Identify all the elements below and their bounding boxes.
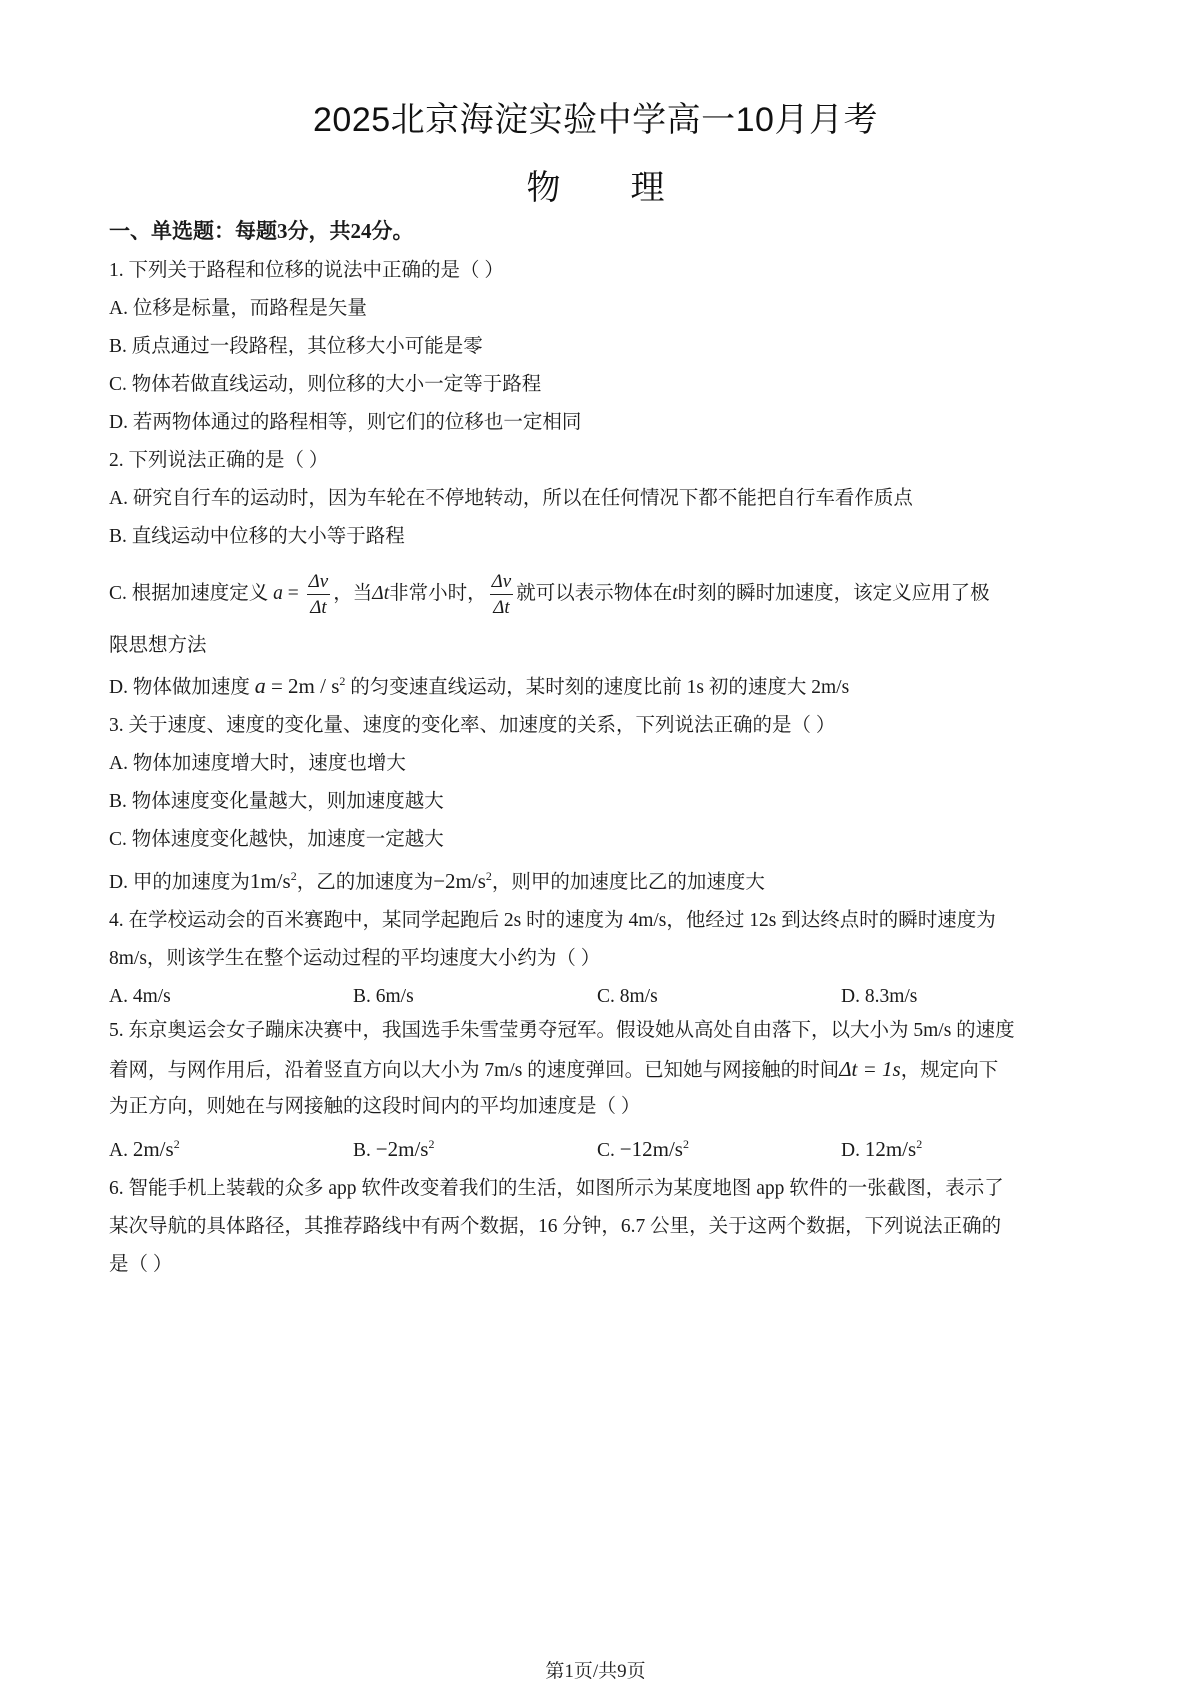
question-1-option-a: A. 位移是标量，而路程是矢量 (109, 295, 367, 323)
question-5-option-d: D. 12m/s2 (841, 1135, 922, 1165)
subject-char-1: 物 (527, 169, 561, 207)
exam-page: 2025北京海淀实验中学高一10月月考 物理 一、单选题：每题3分，共24分。 … (0, 0, 1191, 1684)
question-2-option-d: D. 物体做加速度 a = 2m / s2 的匀变速直线运动，某时刻的速度比前 … (109, 672, 849, 702)
question-3-option-a: A. 物体加速度增大时，速度也增大 (109, 750, 406, 778)
question-4-option-c: C. 8m/s (597, 983, 658, 1011)
document-title: 2025北京海淀实验中学高一10月月考 (0, 92, 1191, 141)
question-3-option-d: D. 甲的加速度为1m/s2，乙的加速度为−2m/s2，则甲的加速度比乙的加速度… (109, 867, 765, 897)
question-4-stem-line-1: 4. 在学校运动会的百米赛跑中，某同学起跑后 2s 时的速度为 4m/s，他经过… (109, 907, 996, 935)
page-indicator: 第1页/共9页 (0, 1656, 1191, 1683)
question-1-option-d: D. 若两物体通过的路程相等，则它们的位移也一定相同 (109, 409, 581, 437)
question-1-option-b: B. 质点通过一段路程，其位移大小可能是零 (109, 333, 483, 361)
question-5-stem-line-3: 为正方向，则她在与网接触的这段时间内的平均加速度是（ ） (109, 1093, 640, 1121)
question-6-stem-line-3: 是（ ） (109, 1251, 172, 1279)
question-4-option-b: B. 6m/s (353, 983, 414, 1011)
question-5-option-c: C. −12m/s2 (597, 1135, 689, 1165)
question-5-option-a: A. 2m/s2 (109, 1135, 180, 1165)
question-5-option-b: B. −2m/s2 (353, 1135, 434, 1165)
question-3-option-c: C. 物体速度变化越快，加速度一定越大 (109, 826, 444, 854)
question-6-stem-line-1: 6. 智能手机上装载的众多 app 软件改变着我们的生活，如图所示为某度地图 a… (109, 1175, 1004, 1203)
subject-title: 物理 (0, 160, 1191, 209)
question-2-option-a: A. 研究自行车的运动时，因为车轮在不停地转动，所以在任何情况下都不能把自行车看… (109, 485, 913, 513)
question-1-stem: 1. 下列关于路程和位移的说法中正确的是（ ） (109, 257, 504, 285)
question-3-stem: 3. 关于速度、速度的变化量、速度的变化率、加速度的关系，下列说法正确的是（ ） (109, 712, 835, 740)
fraction-dv-dt-2: ΔvΔt (490, 572, 514, 617)
question-4-option-a: A. 4m/s (109, 983, 171, 1011)
subject-char-2: 理 (631, 169, 665, 207)
question-4-stem-line-2: 8m/s，则该学生在整个运动过程的平均速度大小约为（ ） (109, 945, 600, 973)
question-4-option-d: D. 8.3m/s (841, 983, 917, 1011)
question-2-option-b: B. 直线运动中位移的大小等于路程 (109, 523, 405, 551)
question-6-stem-line-2: 某次导航的具体路径，其推荐路线中有两个数据，16 分钟，6.7 公里，关于这两个… (109, 1213, 1001, 1241)
question-1-option-c: C. 物体若做直线运动，则位移的大小一定等于路程 (109, 371, 541, 399)
section-heading: 一、单选题：每题3分，共24分。 (109, 217, 414, 245)
fraction-dv-dt: ΔvΔt (307, 572, 331, 617)
question-2-option-c: C. 根据加速度定义 a = ΔvΔt，当Δt非常小时，ΔvΔt就可以表示物体在… (109, 572, 990, 617)
question-5-stem-line-1: 5. 东京奥运会女子蹦床决赛中，我国选手朱雪莹勇夺冠军。假设她从高处自由落下，以… (109, 1017, 1015, 1045)
question-2-stem: 2. 下列说法正确的是（ ） (109, 447, 328, 475)
question-2-option-c-continuation: 限思想方法 (109, 632, 207, 660)
question-3-option-b: B. 物体速度变化量越大，则加速度越大 (109, 788, 444, 816)
question-5-stem-line-2: 着网，与网作用后，沿着竖直方向以大小为 7m/s 的速度弹回。已知她与网接触的时… (109, 1055, 998, 1085)
